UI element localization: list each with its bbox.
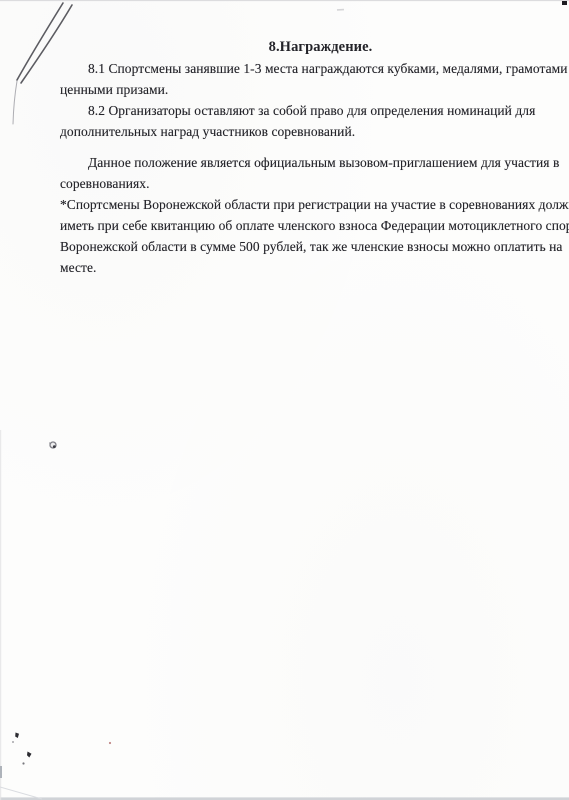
dust-speck xyxy=(22,762,24,764)
pen-stroke-mark xyxy=(17,3,63,80)
ink-blot-core xyxy=(53,445,56,448)
scan-edge-left xyxy=(0,430,1,800)
scan-edge-top xyxy=(0,0,569,1)
faint-smudge xyxy=(337,9,344,11)
text-line: *Спортсмены Воронежской области при реги… xyxy=(60,194,543,215)
pen-stroke-tail xyxy=(13,81,17,124)
section-heading: 8.Награждение. xyxy=(79,37,562,58)
dust-speck xyxy=(27,752,32,758)
text-line: 8.2 Организаторы оставляют за собой прав… xyxy=(60,100,543,121)
ink-blot-satellite xyxy=(49,442,50,443)
scanned-document-page: 8.Награждение. 8.1 Спортсмены занявшие 1… xyxy=(0,0,569,800)
text-line: месте. xyxy=(60,257,543,278)
text-line: иметь при себе квитанцию об оплате членс… xyxy=(60,215,543,236)
document-body: 8.Награждение. 8.1 Спортсмены занявшие 1… xyxy=(60,37,543,278)
scan-corner-cut xyxy=(0,787,42,799)
text-line: Данное положение является официальным вы… xyxy=(60,152,543,173)
red-speck xyxy=(109,742,111,744)
corner-speck xyxy=(562,1,567,5)
ink-blot xyxy=(50,442,56,448)
scan-edge-left-tick xyxy=(0,766,2,778)
dust-speck xyxy=(15,733,19,739)
text-line: Воронежской области в сумме 500 рублей, … xyxy=(60,236,543,257)
document-lines: 8.1 Спортсмены занявшие 1-3 места награж… xyxy=(60,58,543,278)
text-line: соревнованиях. xyxy=(60,173,543,194)
text-line: ценными призами. xyxy=(60,79,543,100)
dust-speck xyxy=(12,741,14,743)
text-line: 8.1 Спортсмены занявшие 1-3 места награж… xyxy=(60,58,543,79)
text-line: дополнительных наград участников соревно… xyxy=(60,121,543,142)
